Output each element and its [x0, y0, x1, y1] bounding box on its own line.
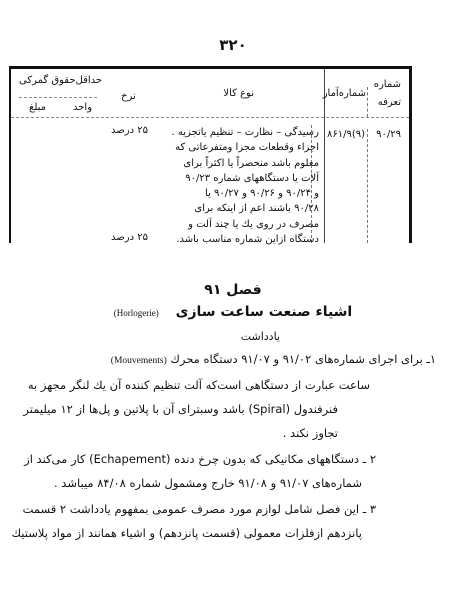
chapter-title: فصل ۹۱: [0, 282, 466, 298]
header-tariff-number-2: تعرفه: [378, 97, 401, 108]
header-amount: مبلغ: [29, 102, 46, 113]
note-1-line-4: تجاوز نکند .: [283, 426, 338, 440]
section-title-persian: اشیاء صنعت ساعت سازی: [176, 304, 353, 320]
header-unit: واحد: [73, 102, 92, 113]
column-divider: [367, 87, 368, 117]
section-title: (Horlogerie) اشیاء صنعت ساعت سازی: [0, 304, 466, 320]
description-line: دستگاه ازاین شماره مناسب باشد.: [154, 232, 319, 247]
rate-cell-2: ۲۵ درصد: [111, 232, 148, 243]
section-title-french: (Horlogerie): [114, 308, 159, 318]
statistical-number-cell: ۸۶۱/۹(۹): [327, 129, 365, 140]
header-statistical-number: شماره‌آمار: [323, 88, 366, 99]
note-1-line-1: ۱ـ برای اجرای شماره‌های ۹۱/۰۲ و ۹۱/۰۷ دس…: [111, 352, 436, 366]
note-3-line-1: ۳ ـ این فصل شامل لوازم مورد مصرف عمومی ب…: [23, 502, 376, 516]
description-line: و ۹۰/۲۴ و ۹۰/۲۶ و ۹۰/۲۷ یا: [154, 186, 319, 201]
description-line: اجزاء وقطعات مجزا ومتفرعاتی که: [154, 140, 319, 155]
note-text: ۱ـ برای اجرای شماره‌های ۹۱/۰۲ و ۹۱/۰۷ دس…: [170, 352, 436, 366]
latin-term: (Mouvements): [111, 356, 167, 366]
note-2-line-2: شماره‌های ۹۱/۰۷ و ۹۱/۰۸ خارج ومشمول شمار…: [54, 476, 362, 490]
tariff-table: شماره تعرفه شماره‌آمار نوع کالا نرخ حداق…: [9, 66, 412, 243]
subheader-divider: [19, 97, 97, 98]
header-rate: نرخ: [121, 91, 136, 102]
description-line: معلوم باشد منحصراً یا اکثراً برای: [154, 156, 319, 171]
description-line: رسیدگی – نظارت – تنظیم یاتجزیه .: [154, 125, 319, 140]
header-goods-description: نوع کالا: [223, 88, 254, 99]
description-line: ۹۰/۲۸ باشند اعم از اینکه برای: [154, 201, 319, 216]
note-2-line-1: ۲ ـ دستگاههای مکانیکی که بدون چرخ دنده (…: [24, 452, 376, 466]
column-divider: [367, 129, 368, 243]
notes-heading: یادداشت: [241, 330, 280, 343]
goods-description-cell: رسیدگی – نظارت – تنظیم یاتجزیه . اجزاء و…: [154, 125, 319, 247]
note-1-line-2: ساعت عبارت از دستگاهی است‌که آلت تنظیم ک…: [28, 378, 370, 392]
page-number: ۳۲۰: [0, 36, 466, 54]
tariff-number-cell: ۹۰/۲۹: [376, 129, 401, 140]
note-3-line-2: پانزدهم ازفلزات معمولی (قسمت پانزدهم) و …: [12, 526, 362, 540]
note-1-line-3: فنر‌فندول (Spiral) باشد وسبترای آن با پل…: [23, 402, 338, 416]
header-tariff-number-1: شماره: [374, 79, 401, 90]
rate-cell-1: ۲۵ درصد: [111, 125, 148, 136]
description-line: آلات یا دستگاههای شماره ۹۰/۲۳: [154, 171, 319, 186]
header-divider: [11, 117, 409, 118]
header-minimum-duty: حداقل‌حقوق گمرکی: [19, 75, 102, 86]
description-line: مصرف در روی یك یا چند آلت و: [154, 217, 319, 232]
